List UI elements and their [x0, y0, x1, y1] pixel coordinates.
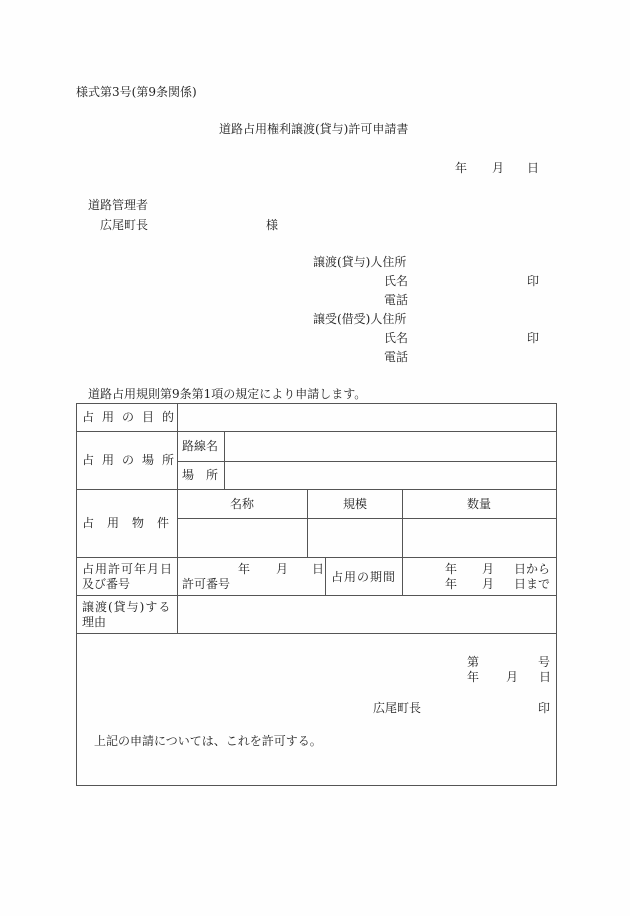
- approval-year: 年: [467, 670, 479, 684]
- transferee-name-label: 氏名: [384, 331, 408, 345]
- transferee-address-label: 譲受(借受)人住所: [313, 312, 406, 326]
- route-name-label: 路線名: [182, 439, 218, 453]
- transferee-phone-label: 電話: [384, 350, 408, 364]
- row-divider: [76, 489, 557, 490]
- approval-day: 日: [539, 670, 551, 684]
- form-number: 様式第3号(第9条関係): [76, 85, 197, 99]
- reason-label: 譲渡(貸与)する: [82, 600, 171, 614]
- purpose-label: 占用の目的: [82, 410, 182, 424]
- date-month: 月: [492, 161, 504, 175]
- addressee-name: 広尾町長: [100, 218, 148, 232]
- transferor-address-label: 譲渡(貸与)人住所: [313, 255, 406, 269]
- permit-date-label: 占用許可年月日: [82, 562, 173, 576]
- transferor-phone-label: 電話: [384, 293, 408, 307]
- reason-label-2: 理由: [82, 615, 106, 629]
- column-divider: [325, 557, 326, 595]
- approval-text: 上記の申請については、これを許可する。: [94, 734, 322, 748]
- period-from-suffix: 日から: [514, 562, 550, 576]
- period-to-month: 月: [482, 577, 494, 591]
- transferor-seal: 印: [527, 274, 539, 288]
- route-name-field[interactable]: [225, 432, 556, 461]
- transferee-seal: 印: [527, 331, 539, 345]
- period-from-month: 月: [482, 562, 494, 576]
- permit-day: 日: [312, 562, 324, 576]
- row-divider: [76, 557, 557, 558]
- date-day: 日: [527, 161, 539, 175]
- approval-number-suffix: 号: [538, 655, 550, 669]
- row-divider: [76, 633, 557, 634]
- permit-year: 年: [238, 562, 250, 576]
- approval-seal: 印: [538, 701, 550, 715]
- permit-number-label-2: 及び番号: [82, 577, 130, 591]
- addressee-label: 道路管理者: [88, 198, 148, 212]
- objects-header-name: 名称: [230, 497, 254, 511]
- objects-header-quantity: 数量: [467, 497, 491, 511]
- period-from-year: 年: [445, 562, 457, 576]
- object-quantity-field[interactable]: [403, 519, 556, 557]
- objects-label: 占用物件: [82, 516, 182, 530]
- objects-header-scale: 規模: [343, 497, 367, 511]
- place-field[interactable]: [225, 462, 556, 489]
- approval-month: 月: [506, 670, 518, 684]
- object-name-field[interactable]: [178, 519, 307, 557]
- table-border: [76, 785, 557, 786]
- application-statement: 道路占用規則第9条第1項の規定により申請します。: [88, 387, 366, 401]
- transferor-name-label: 氏名: [384, 274, 408, 288]
- period-to-suffix: 日まで: [514, 577, 550, 591]
- purpose-field[interactable]: [178, 404, 556, 431]
- period-to-year: 年: [445, 577, 457, 591]
- approval-authority: 広尾町長: [373, 701, 421, 715]
- date-year: 年: [455, 161, 467, 175]
- place-label: 場 所: [182, 468, 218, 482]
- approval-number-prefix: 第: [467, 655, 479, 669]
- permit-month: 月: [276, 562, 288, 576]
- location-label: 占用の場所: [82, 453, 182, 467]
- addressee-honorific: 様: [266, 218, 278, 232]
- object-scale-field[interactable]: [308, 519, 402, 557]
- period-label: 占用の期間: [331, 570, 396, 584]
- reason-field[interactable]: [178, 596, 556, 633]
- permit-number-label: 許可番号: [182, 577, 230, 591]
- document-title: 道路占用権利譲渡(貸与)許可申請書: [219, 122, 408, 136]
